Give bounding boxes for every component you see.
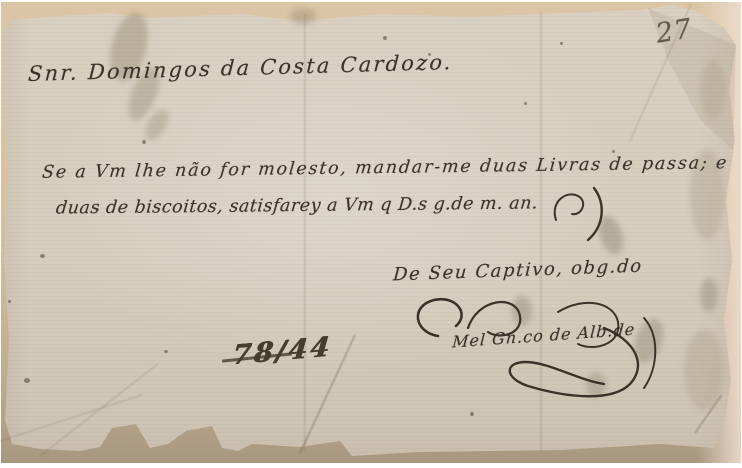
signature-flourish	[408, 288, 678, 408]
folio-number: 27	[654, 13, 695, 49]
pen-flourish	[548, 186, 618, 242]
manuscript-scan: Snr. Domingos da Costa Cardozo. 27 Se a …	[0, 0, 742, 468]
